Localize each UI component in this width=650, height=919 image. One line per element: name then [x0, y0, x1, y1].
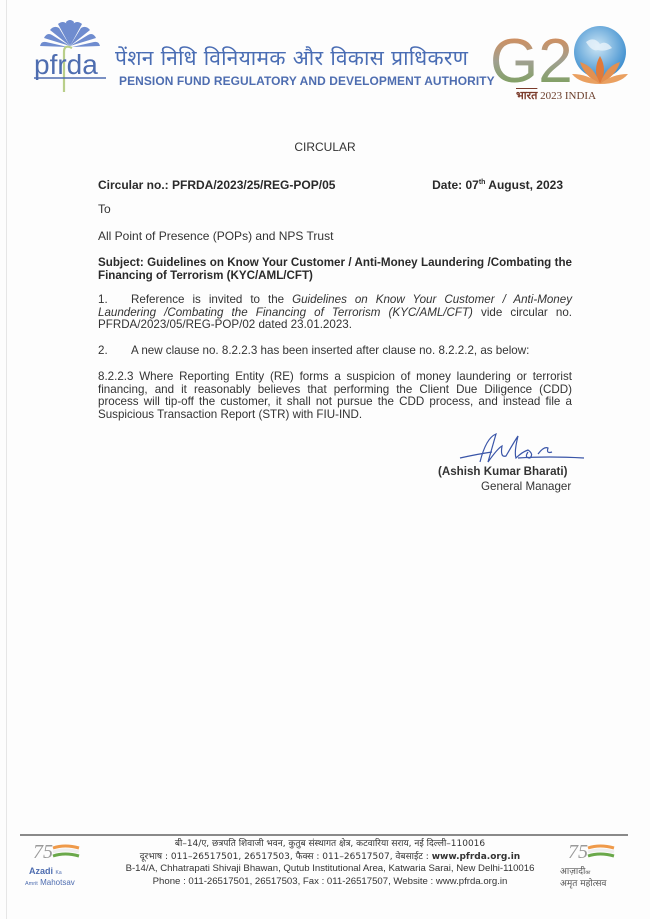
svg-text:G2: G2: [490, 27, 573, 92]
paragraph-text: Reference is invited to the: [131, 293, 292, 306]
pfrda-logo-icon: pfrda: [30, 14, 110, 94]
org-name-hindi: पेंशन निधि विनियामक और विकास प्राधिकरण: [115, 44, 468, 72]
addressee: All Point of Presence (POPs) and NPS Tru…: [98, 229, 333, 243]
scan-edge: [6, 0, 7, 919]
contact-hindi: दूरभाष : 011–26517501, 26517503, फैक्स :…: [140, 852, 432, 862]
date-prefix: Date: 07: [432, 178, 479, 192]
signature-icon: [458, 428, 588, 468]
seventy-five-flag-icon: 75: [560, 840, 630, 862]
signatory-designation: General Manager: [481, 480, 571, 493]
svg-text:75: 75: [568, 841, 588, 862]
clause-8-2-2-3: 8.2.2.3 Where Reporting Entity (RE) form…: [98, 371, 572, 421]
logo-text: pfrda: [34, 49, 98, 80]
document-heading: CIRCULAR: [0, 140, 650, 154]
address-english-line-2: Phone : 011-26517501, 26517503, Fax : 01…: [100, 876, 560, 889]
website-link[interactable]: www.pfrda.org.in: [432, 852, 521, 862]
g20-emblem-icon: G2: [488, 22, 638, 92]
ka-word-hindi: का: [585, 870, 590, 876]
seventy-five-flag-icon: 75: [25, 840, 95, 862]
paragraph-2: 2.A new clause no. 8.2.2.3 has been inse…: [98, 344, 578, 357]
g20-logo: G2 भारत 2023 INDIA: [488, 22, 638, 107]
circular-date: Date: 07th August, 2023: [432, 178, 563, 192]
org-name-english: PENSION FUND REGULATORY AND DEVELOPMENT …: [119, 74, 495, 88]
to-label: To: [98, 202, 111, 216]
ka-word: Ka: [56, 870, 62, 876]
signatory-name: (Ashish Kumar Bharati): [438, 465, 567, 478]
g20-caption-year: 2023: [540, 90, 562, 102]
paragraph-1: 1.Reference is invited to the Guidelines…: [98, 294, 572, 332]
date-suffix: August, 2023: [485, 178, 563, 192]
subject-line: Subject: Guidelines on Know Your Custome…: [98, 256, 572, 282]
circular-number: Circular no.: PFRDA/2023/25/REG-POP/05: [98, 178, 335, 192]
circular-page: pfrda पेंशन निधि विनियामक और विकास प्राध…: [0, 0, 650, 919]
g20-caption-hindi: भारत: [516, 89, 537, 102]
address-hindi-line-1: बी–14/ए, छत्रपति शिवाजी भवन, कुतुब संस्थ…: [100, 838, 560, 851]
footer-divider: [20, 834, 628, 836]
paragraph-text: A new clause no. 8.2.2.3 has been insert…: [131, 344, 529, 357]
azadi-word-hindi: आज़ादी: [560, 867, 585, 877]
azadi-ka-amrit-mahotsav-logo-hindi: 75 आज़ादीका अमृत महोत्सव: [560, 840, 632, 888]
svg-text:75: 75: [33, 841, 53, 862]
address-hindi-line-2: दूरभाष : 011–26517501, 26517503, फैक्स :…: [100, 851, 560, 864]
azadi-word: Azadi: [29, 866, 53, 876]
footer-address: बी–14/ए, छत्रपति शिवाजी भवन, कुतुब संस्थ…: [100, 838, 560, 888]
amrit-word: Amrit: [25, 881, 38, 887]
mahotsav-word: Mahotsav: [40, 878, 75, 887]
azadi-ka-amrit-mahotsav-logo-english: 75 Azadi Ka Amrit Mahotsav: [25, 840, 95, 888]
amrit-mahotsav-hindi: अमृत महोत्सव: [560, 879, 632, 890]
paragraph-number: 2.: [98, 344, 131, 357]
address-english-line-1: B-14/A, Chhatrapati Shivaji Bhawan, Qutu…: [100, 863, 560, 876]
g20-caption-country: INDIA: [565, 90, 596, 102]
g20-caption: भारत 2023 INDIA: [516, 88, 596, 103]
